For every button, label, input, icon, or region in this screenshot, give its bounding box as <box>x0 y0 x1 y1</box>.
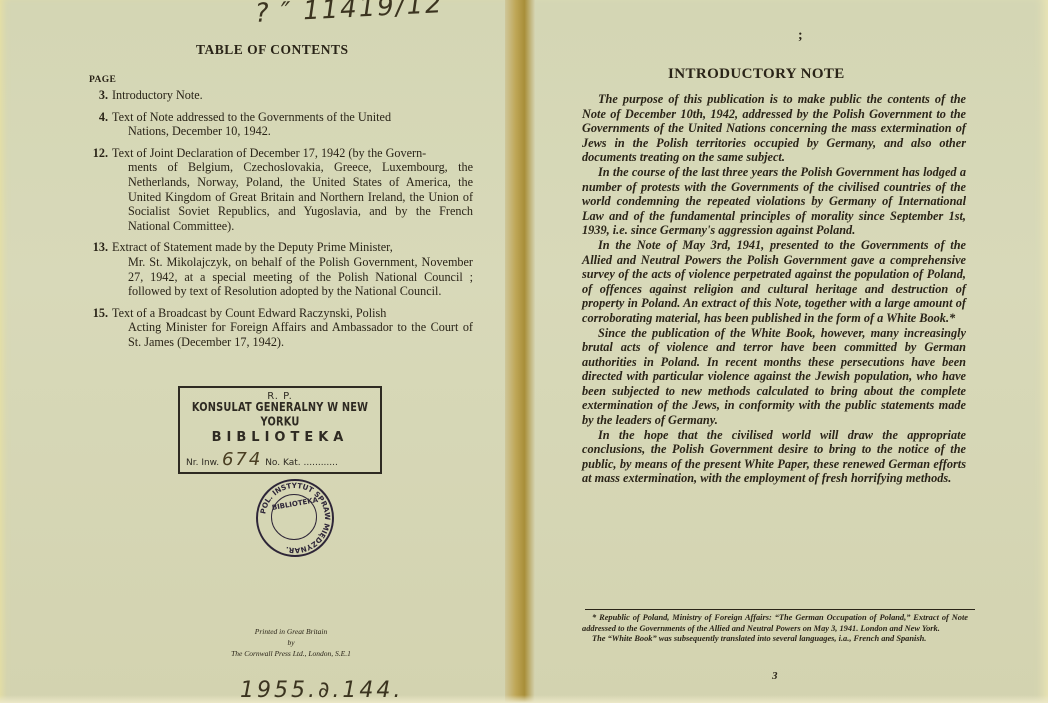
toc-entry-text: Text of a Broadcast by Count Edward Racz… <box>112 306 473 321</box>
catalog-label: No. Kat. <box>265 458 300 468</box>
toc-entry: 4. Text of Note addressed to the Governm… <box>88 110 473 139</box>
book-gutter <box>505 0 535 703</box>
page-number: 3 <box>772 670 778 682</box>
toc-entry-continuation: Mr. St. Mikolajczyk, on behalf of the Po… <box>112 255 473 299</box>
stamp-line-biblioteka: BIBLIOTEKA <box>180 430 380 445</box>
imprint-line-3: The Cornwall Press Ltd., London, S.E.1 <box>196 648 386 659</box>
intro-body: The purpose of this publication is to ma… <box>582 92 966 486</box>
page-bottom-edge <box>0 695 1048 703</box>
toc-entry-page: 15. <box>88 306 108 321</box>
toc-entry-page: 4. <box>88 110 108 125</box>
toc-entry-page: 3. <box>88 88 108 103</box>
toc-entry-continuation: ments of Belgium, Czechoslovakia, Greece… <box>112 160 473 233</box>
toc-list: 3. Introductory Note. 4. Text of Note ad… <box>88 88 473 357</box>
intro-title: INTRODUCTORY NOTE <box>668 66 845 83</box>
stamp-inventory-row: Nr. Inw. 674 No. Kat. ............ <box>180 449 380 470</box>
intro-paragraph: In the Note of May 3rd, 1941, presented … <box>582 238 966 326</box>
handwritten-accession-number: 1955.∂.144. <box>240 678 403 703</box>
catalog-value: ............ <box>304 458 338 468</box>
toc-entry-page: 13. <box>88 240 108 255</box>
toc-entry: 3. Introductory Note. <box>88 88 473 103</box>
institute-round-stamp: POL. INSTYTUT SPRAW MIĘDZYNAR. BIBLIOTEK… <box>256 479 334 557</box>
toc-entry-continuation: Acting Minister for Foreign Affairs and … <box>112 320 473 349</box>
toc-entry-text: Text of Note addressed to the Government… <box>112 110 473 125</box>
toc-entry-text: Text of Joint Declaration of December 17… <box>112 146 473 161</box>
footnote: * Republic of Poland, Ministry of Foreig… <box>582 613 968 634</box>
book-spread: ? ″ 11419/12 TABLE OF CONTENTS PAGE 3. I… <box>0 0 1048 703</box>
toc-entry-continuation: Nations, December 10, 1942. <box>112 124 473 139</box>
page-mark: ; <box>798 28 803 44</box>
footnote-divider <box>585 609 975 610</box>
inventory-number: 674 <box>222 449 262 470</box>
toc-entry: 13. Extract of Statement made by the Dep… <box>88 240 473 298</box>
toc-entry: 12. Text of Joint Declaration of Decembe… <box>88 146 473 234</box>
consulate-library-stamp: R. P. KONSULAT GENERALNY W NEW YORKU BIB… <box>178 386 382 474</box>
imprint-line-1: Printed in Great Britain <box>196 626 386 637</box>
intro-paragraph: Since the publication of the White Book,… <box>582 326 966 428</box>
toc-page-column-label: PAGE <box>89 75 116 85</box>
stamp-line-consulate: KONSULAT GENERALNY W NEW YORKU <box>180 401 380 430</box>
intro-paragraph: In the hope that the civilised world wil… <box>582 428 966 486</box>
intro-paragraph: In the course of the last three years th… <box>582 165 966 238</box>
toc-title: TABLE OF CONTENTS <box>196 42 349 58</box>
inventory-label: Nr. Inw. <box>186 458 219 468</box>
footnote: The “White Book” was subsequently transl… <box>582 634 968 645</box>
toc-entry-text: Extract of Statement made by the Deputy … <box>112 240 473 255</box>
toc-entry-page: 12. <box>88 146 108 161</box>
toc-entry-text: Introductory Note. <box>112 88 473 103</box>
toc-entry: 15. Text of a Broadcast by Count Edward … <box>88 306 473 350</box>
footnotes: * Republic of Poland, Ministry of Foreig… <box>582 613 968 645</box>
imprint-line-2: by <box>196 637 386 648</box>
printer-imprint: Printed in Great Britain by The Cornwall… <box>196 626 386 659</box>
intro-paragraph: The purpose of this publication is to ma… <box>582 92 966 165</box>
